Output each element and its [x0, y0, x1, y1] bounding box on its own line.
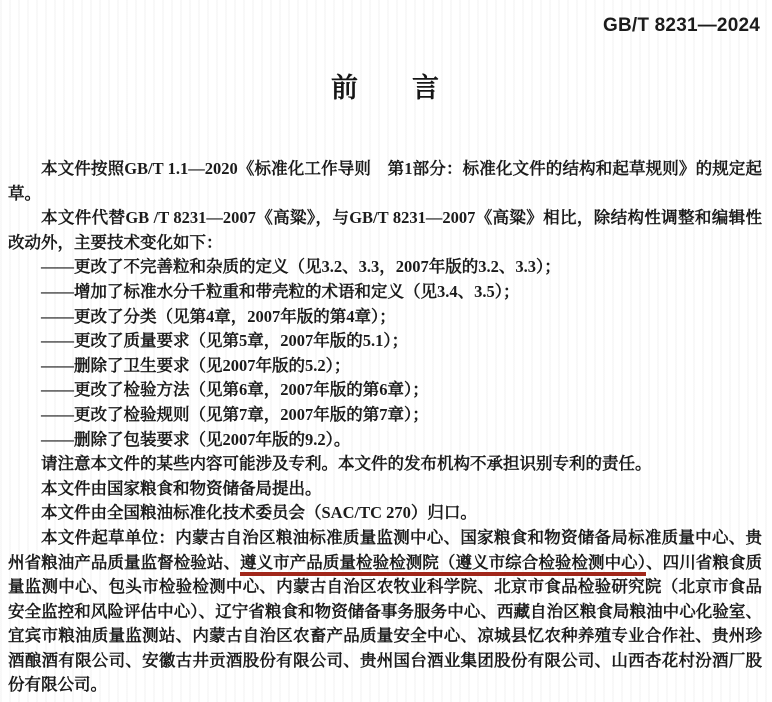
change-item-8: ——删除了包装要求（见2007年版的9.2）。	[8, 428, 762, 453]
change-item-1: ——更改了不完善粒和杂质的定义（见3.2、3.3，2007年版的3.2、3.3）…	[8, 255, 762, 280]
change-item-4: ——更改了质量要求（见第5章，2007年版的5.1）；	[8, 329, 762, 354]
document-page: GB/T 8231—2024 前 言 本文件按照GB/T 1.1—2020《标准…	[0, 0, 772, 702]
change-item-7: ——更改了检验规则（见第7章，2007年版的第7章）；	[8, 403, 762, 428]
doc-number: GB/T 8231—2024	[8, 14, 762, 38]
change-item-2: ——增加了标准水分千粒重和带壳粒的术语和定义（见3.4、3.5）；	[8, 280, 762, 305]
paragraph-patent-notice: 请注意本文件的某些内容可能涉及专利。本文件的发布机构不承担识别专利的责任。	[8, 452, 762, 477]
change-item-6: ——更改了检验方法（见第6章，2007年版的第6章）；	[8, 378, 762, 403]
foreword-body: 本文件按照GB/T 1.1—2020《标准化工作导则 第1部分：标准化文件的结构…	[8, 157, 762, 698]
page-title: 前 言	[8, 72, 762, 104]
changes-list: ——更改了不完善粒和杂质的定义（见3.2、3.3，2007年版的3.2、3.3）…	[8, 255, 762, 452]
highlighted-org-red-underline: 遵义市产品质量检验检测院（遵义市综合检验检测中心）	[240, 553, 646, 576]
paragraph-centralized-by: 本文件由全国粮油标准化技术委员会（SAC/TC 270）归口。	[8, 501, 762, 526]
paragraph-drafting-units: 本文件起草单位：内蒙古自治区粮油标准质量监测中心、国家粮食和物资储备局标准质量中…	[8, 526, 762, 698]
change-item-5: ——删除了卫生要求（见2007年版的5.2）；	[8, 354, 762, 379]
paragraph-drafting-rule: 本文件按照GB/T 1.1—2020《标准化工作导则 第1部分：标准化文件的结构…	[8, 157, 762, 206]
change-item-3: ——更改了分类（见第4章，2007年版的第4章）；	[8, 305, 762, 330]
paragraph-replaces: 本文件代替GB /T 8231—2007《高粱》，与GB/T 8231—2007…	[8, 206, 762, 255]
paragraph-proposed-by: 本文件由国家粮食和物资储备局提出。	[8, 477, 762, 502]
